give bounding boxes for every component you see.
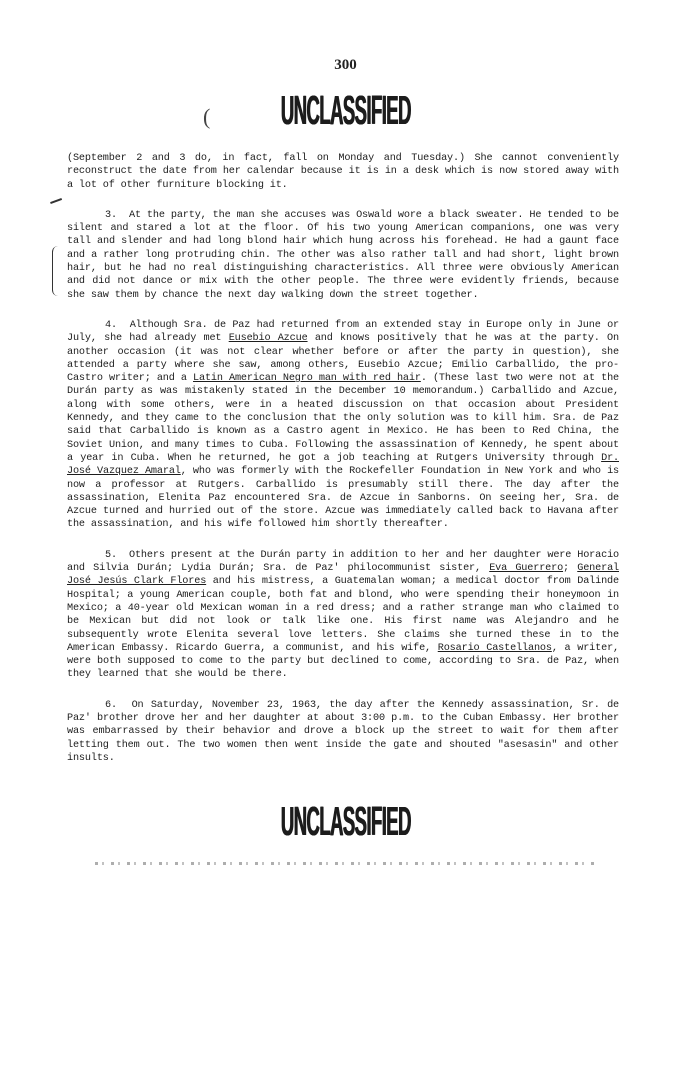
footer-scan-artifact [95,862,595,865]
paragraph-text: On Saturday, November 23, 1963, the day … [67,700,619,764]
paragraph-number: 4. [105,320,130,331]
paragraph-text: (September 2 and 3 do, in fact, fall on … [67,153,619,191]
margin-bracket-mark [52,246,59,296]
underlined-name: Rosario Castellanos [438,643,552,654]
paragraph-text: . (These last two were not at the Durán … [67,373,619,464]
paragraph-number: 5. [105,550,129,561]
classification-stamp-text: UNCLASSIFIED [280,89,410,135]
paragraph-p6: 6. On Saturday, November 23, 1963, the d… [67,699,619,765]
classification-stamp-bottom: UNCLASSIFIED [0,806,691,840]
underlined-name: Latin American Negro man with red hair [193,373,421,384]
classification-stamp-top: UNCLASSIFIED [0,95,691,129]
document-body: (September 2 and 3 do, in fact, fall on … [67,152,619,782]
paragraph-p5: 5. Others present at the Durán party in … [67,549,619,682]
classification-stamp-text: UNCLASSIFIED [280,800,410,846]
paragraph-text: ; [563,563,577,574]
paragraph-p3: 3. At the party, the man she accuses was… [67,209,619,302]
underlined-name: Eusebio Azcue [229,333,308,344]
paragraph-text: At the party, the man she accuses was Os… [67,210,619,301]
page-number: 300 [0,57,691,74]
margin-tick-mark [50,198,62,204]
paragraph-p-continued: (September 2 and 3 do, in fact, fall on … [67,152,619,192]
underlined-name: Eva Guerrero [489,563,563,574]
paragraph-p4: 4. Although Sra. de Paz had returned fro… [67,319,619,532]
paragraph-number: 3. [105,210,129,221]
paragraph-number: 6. [105,700,132,711]
